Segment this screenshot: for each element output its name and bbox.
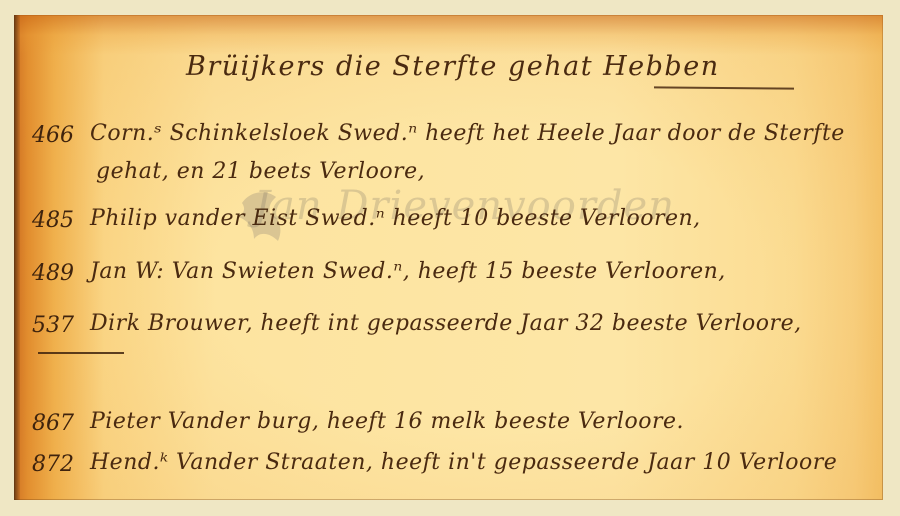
entry-number: 872	[32, 452, 74, 477]
entry-underline	[38, 352, 124, 354]
entry-text-line: Philip vander Eist Swed.ⁿ heeft 10 beest…	[90, 206, 701, 231]
title-flourish	[654, 86, 794, 89]
entry-text-line: gehat, en 21 beets Verloore,	[96, 159, 425, 184]
entry-text-line: Pieter Vander burg, heeft 16 melk beeste…	[90, 409, 684, 434]
entry-number: 867	[32, 411, 74, 436]
entry-text-line: Jan W: Van Swieten Swed.ⁿ, heeft 15 bees…	[90, 259, 726, 284]
entry-text-line: Hend.ᵏ Vander Straaten, heeft in't gepas…	[90, 450, 837, 475]
manuscript-page: Brüijkers die Sterfte gehat Hebben Jan D…	[14, 15, 883, 500]
entry-number: 537	[32, 313, 74, 338]
entry-text-line: Corn.ˢ Schinkelsloek Swed.ⁿ heeft het He…	[90, 121, 845, 146]
entry-number: 489	[32, 261, 74, 286]
entry-number: 466	[32, 123, 74, 148]
page-title: Brüijkers die Sterfte gehat Hebben	[186, 51, 720, 82]
entry-number: 485	[32, 208, 74, 233]
image-frame: Brüijkers die Sterfte gehat Hebben Jan D…	[0, 0, 900, 516]
entry-text-line: Dirk Brouwer, heeft int gepasseerde Jaar…	[90, 311, 802, 336]
